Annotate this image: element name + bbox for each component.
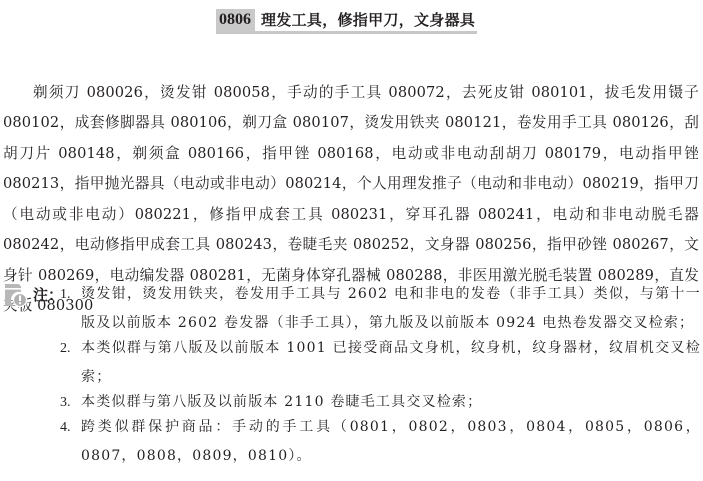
- note-number: 2.: [60, 334, 71, 363]
- note-item-2: 2. 本类似群与第八版及以前版本 1001 已接受商品文身机，纹身机，纹身器材，…: [60, 334, 701, 392]
- note-text: 跨类似群保护商品：手动的手工具（0801，0802，0803，0804，0805…: [81, 419, 701, 464]
- note-item-1: 1. 烫发钳，烫发用铁夹，卷发用手工具与 2602 电和非电的发卷（非手工具）类…: [60, 280, 701, 338]
- note-item-4: 4. 跨类似群保护商品：手动的手工具（0801，0802，0803，0804，0…: [60, 413, 701, 471]
- note-number: 4.: [60, 413, 71, 442]
- note-text: 本类似群与第八版及以前版本 2110 卷睫毛工具交叉检索；: [81, 394, 482, 410]
- group-title: 理发工具，修指甲刀，文身器具: [255, 9, 477, 31]
- note-alert-icon: [3, 282, 27, 308]
- note-text: 烫发钳，烫发用铁夹，卷发用手工具与 2602 电和非电的发卷（非手工具）类似，与…: [81, 286, 701, 331]
- note-list: 1. 烫发钳，烫发用铁夹，卷发用手工具与 2602 电和非电的发卷（非手工具）类…: [60, 284, 701, 471]
- note-label: 注：: [33, 284, 63, 306]
- note-text: 本类似群与第八版及以前版本 1001 已接受商品文身机，纹身机，纹身器材，纹眉机…: [81, 340, 701, 385]
- group-header: 0806 理发工具，修指甲刀，文身器具: [216, 9, 477, 34]
- group-code: 0806: [216, 9, 255, 31]
- note-number: 1.: [60, 280, 71, 309]
